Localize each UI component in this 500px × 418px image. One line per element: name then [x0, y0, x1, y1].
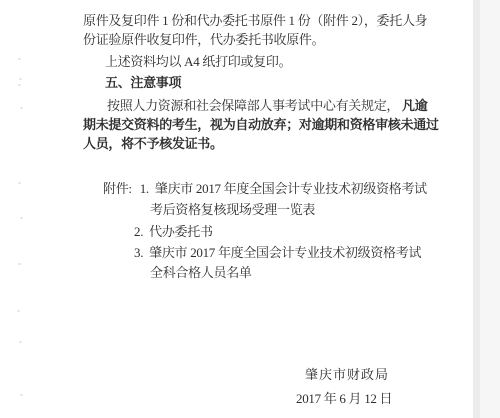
attachment-3-title-line2: 全科合格人员名单	[150, 265, 252, 280]
attachment-item-1: 附件:1.肇庆市 2017 年度全国会计专业技术初级资格考试	[103, 181, 427, 196]
document-page: 原件及复印件 1 份和代办委托书原件 1 份（附件 2），委托人身 份证验原件收…	[0, 0, 500, 418]
signature-org: 肇庆市财政局	[305, 367, 389, 382]
para3-regular-text: 按照人力资源和社会保障部人事考试中心有关规定，	[107, 98, 399, 113]
scan-speck	[20, 217, 23, 219]
body-line-para1-2: 份证验原件收复印件，代办委托书收原件。	[83, 32, 324, 47]
section-heading: 五、注意事项	[105, 75, 181, 90]
scan-speck	[20, 394, 23, 396]
para3-bold-start: 凡逾	[399, 98, 427, 113]
attachment-3-number: 3.	[134, 245, 143, 260]
attachment-1-title-line2: 考后资格复核现场受理一览表	[150, 202, 315, 217]
body-line-para3-2: 期未提交资料的考生，视为自动放弃；对逾期和资格审核未通过	[83, 117, 439, 132]
scan-speck	[20, 107, 23, 109]
attachment-item-2: 2.代办委托书	[134, 224, 213, 239]
scan-speck	[18, 58, 21, 60]
attachment-1-title-line1: 肇庆市 2017 年度全国会计专业技术初级资格考试	[155, 181, 427, 196]
scan-speck	[19, 78, 22, 80]
scan-speck	[18, 263, 21, 265]
attachment-item-3: 3.肇庆市 2017 年度全国会计专业技术初级资格考试	[134, 245, 421, 260]
body-line-para1-1: 原件及复印件 1 份和代办委托书原件 1 份（附件 2），委托人身	[83, 13, 427, 28]
scan-speck	[18, 84, 21, 86]
attachment-3-title-line1: 肇庆市 2017 年度全国会计专业技术初级资格考试	[149, 245, 421, 260]
scan-speck	[18, 182, 21, 184]
body-line-para2: 上述资料均以 A4 纸打印或复印。	[105, 54, 291, 69]
attachments-label: 附件:	[103, 181, 132, 196]
signature-date: 2017 年 6 月 12 日	[296, 391, 392, 406]
scan-edge-margin	[480, 0, 500, 418]
scan-speck	[17, 310, 20, 312]
scan-speck	[19, 341, 22, 343]
attachment-2-number: 2.	[134, 224, 143, 239]
body-line-para3-1: 按照人力资源和社会保障部人事考试中心有关规定， 凡逾	[107, 98, 427, 113]
scan-edge-band	[473, 0, 480, 418]
attachment-2-title: 代办委托书	[149, 224, 213, 239]
body-line-para3-3: 人员，将不予核发证书。	[83, 136, 223, 151]
attachment-1-number: 1.	[140, 181, 149, 196]
